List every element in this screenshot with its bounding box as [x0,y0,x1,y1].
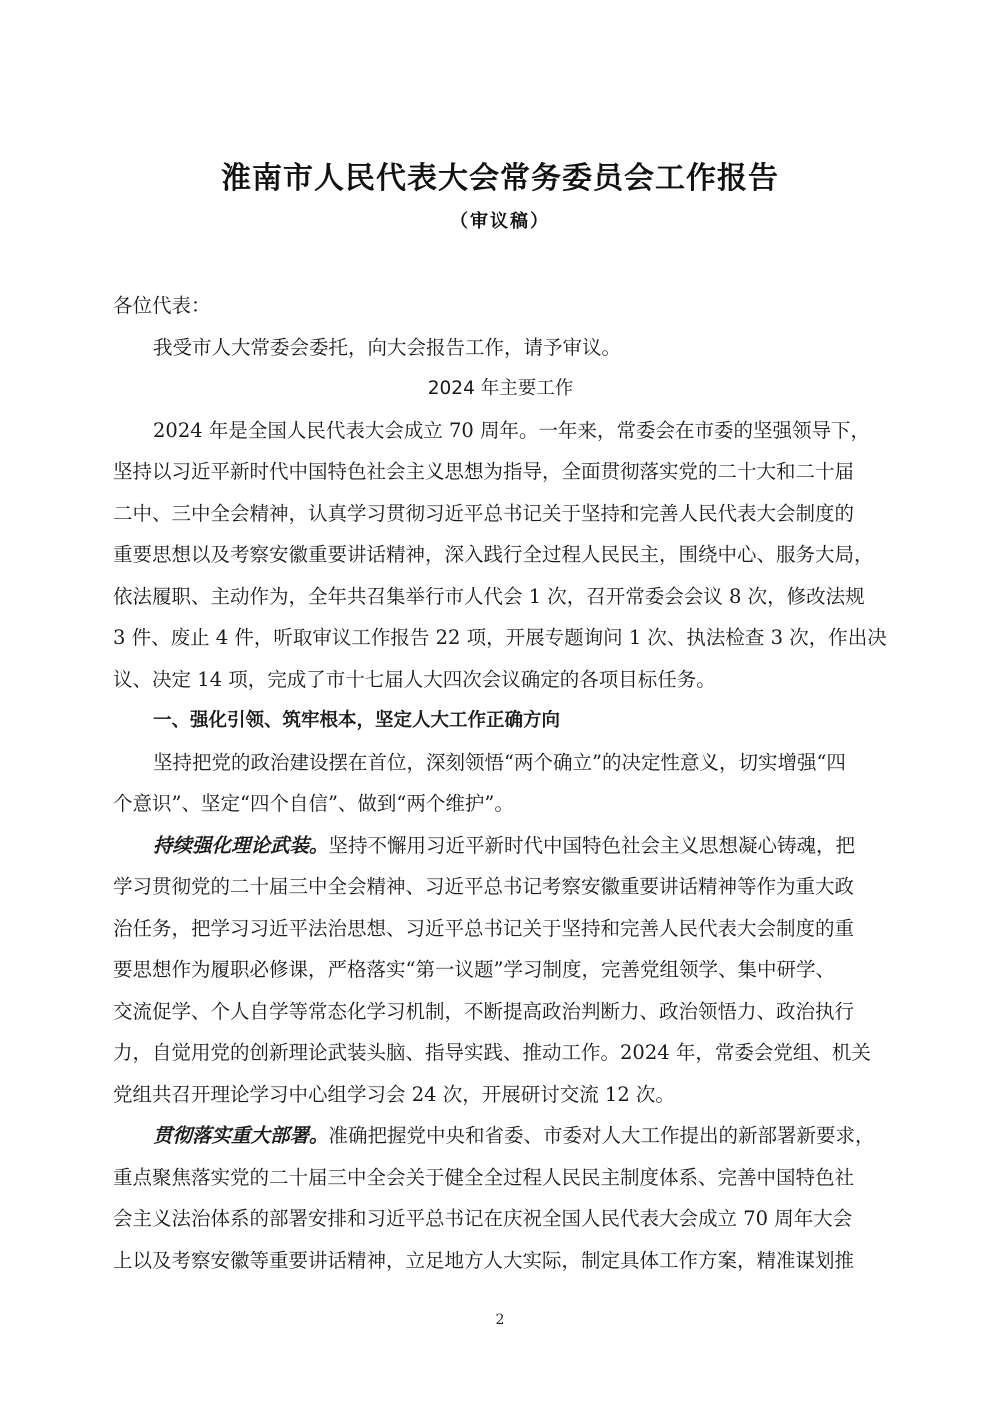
deployment-line: 重点聚焦落实党的二十届三中全会关于健全全过程人民民主制度体系、完善中国特色社 [113,1157,888,1199]
section-one-heading: 一、强化引领、筑牢根本，坚定人大工作正确方向 [113,700,888,742]
page-number: 2 [0,1312,1000,1328]
deployment-lead-heading: 贯彻落实重大部署。 [153,1124,329,1147]
document-page: 淮南市人民代表大会常务委员会工作报告 （审议稿） 各位代表： 我受市人大常委会委… [0,0,1000,1415]
overview-line: 依法履职、主动作为，全年共召集举行市人代会 1 次，召开常委会会议 8 次，修改… [113,576,888,618]
section-heading-main-work: 2024 年主要工作 [113,368,888,410]
theory-line: 交流促学、个人自学等常态化学习机制，不断提高政治判断力、政治领悟力、政治执行 [113,991,888,1033]
deployment-line: 会主义法治体系的部署安排和习近平总书记在庆祝全国人民代表大会成立 70 周年大会 [113,1198,888,1240]
overview-line: 坚持以习近平新时代中国特色社会主义思想为指导，全面贯彻落实党的二十大和二十届 [113,451,888,493]
theory-first-line-text: 坚持不懈用习近平新时代中国特色社会主义思想凝心铸魂，把 [329,834,856,857]
theory-first-line: 持续强化理论武装。坚持不懈用习近平新时代中国特色社会主义思想凝心铸魂，把 [113,825,888,867]
theory-lead-heading: 持续强化理论武装。 [153,834,329,857]
section-one-paragraph-line: 个意识”、坚定“四个自信”、做到“两个维护”。 [113,783,888,825]
theory-line: 治任务，把学习习近平法治思想、习近平总书记关于坚持和完善人民代表大会制度的重 [113,908,888,950]
document-subtitle: （审议稿） [0,207,1000,233]
overview-line: 议、决定 14 项，完成了市十七届人大四次会议确定的各项目标任务。 [113,659,888,701]
theory-line: 学习贯彻党的二十届三中全会精神、习近平总书记考察安徽重要讲话精神等作为重大政 [113,866,888,908]
overview-line: 2024 年是全国人民代表大会成立 70 周年。一年来，常委会在市委的坚强领导下… [113,410,888,452]
theory-line: 党组共召开理论学习中心组学习会 24 次，开展研讨交流 12 次。 [113,1074,888,1116]
intro-paragraph: 我受市人大常委会委托，向大会报告工作，请予审议。 [113,327,888,369]
theory-line: 力，自觉用党的创新理论武装头脑、指导实践、推动工作。2024 年，常委会党组、机… [113,1032,888,1074]
section-one-paragraph-line: 坚持把党的政治建设摆在首位，深刻领悟“两个确立”的决定性意义，切实增强“四 [113,742,888,784]
salutation: 各位代表： [113,285,888,327]
overview-line: 3 件、废止 4 件，听取审议工作报告 22 项，开展专题询问 1 次、执法检查… [113,617,888,659]
deployment-line: 上以及考察安徽等重要讲话精神，立足地方人大实际，制定具体工作方案，精准谋划推 [113,1240,888,1282]
deployment-first-line-text: 准确把握党中央和省委、市委对人大工作提出的新部署新要求， [329,1124,875,1147]
document-body: 各位代表： 我受市人大常委会委托，向大会报告工作，请予审议。 2024 年主要工… [113,285,888,1281]
theory-line: 要思想作为履职必修课，严格落实“第一议题”学习制度，完善党组领学、集中研学、 [113,949,888,991]
deployment-first-line: 贯彻落实重大部署。准确把握党中央和省委、市委对人大工作提出的新部署新要求， [113,1115,888,1157]
overview-line: 二中、三中全会精神，认真学习贯彻习近平总书记关于坚持和完善人民代表大会制度的 [113,493,888,535]
document-title: 淮南市人民代表大会常务委员会工作报告 [0,153,1000,197]
overview-line: 重要思想以及考察安徽重要讲话精神，深入践行全过程人民民主，围绕中心、服务大局， [113,534,888,576]
